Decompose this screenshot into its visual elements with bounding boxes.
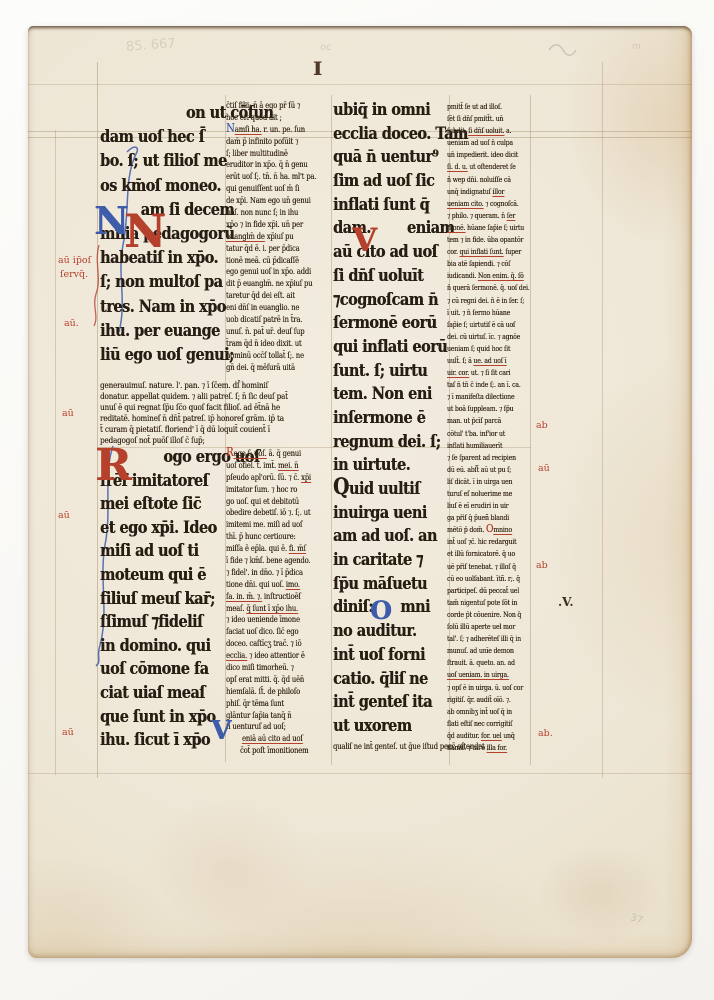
text-line: uē pr̄iſ tenebat. ⁊ illoſ q̄	[447, 561, 530, 573]
text-line: uoſ. non nunc ſ; in ihu	[226, 207, 316, 219]
text-line: pmitt̄ ſe ut ad illoſ.	[447, 101, 530, 113]
text-line: tione dn̄i. qui uoſ. imo.	[226, 579, 311, 591]
text-line: reditatē. homineſ n̄ dn̄t̄ patreſ. ip̄ h…	[100, 413, 288, 424]
text-line: t̄ curam q̄ pietatiſ. floriend' ī q̄ dū …	[100, 424, 288, 435]
screenshot-root: { "leaf": { "folio_header": "I", "v_mark…	[0, 0, 714, 1000]
text-line: cū eo uolſabant. ītñ. r;. q̄	[447, 573, 530, 585]
text-line: eruditor in xp̄o. q̄ n̄ genu	[226, 159, 316, 171]
text-line: ueniam cito. ⁊ cognoſcā.	[447, 198, 530, 210]
text-line: n̄ wep dn̄i. noluiſſe cā	[447, 174, 530, 186]
text-line: dū eū. abſ̄t̄ aū ut pu ſ;	[447, 464, 530, 476]
text-line: go uoſ. qui et debitotū	[226, 496, 311, 508]
text-line: ſēt ſi dn̄ſ pmitt̄t. un̄	[447, 113, 530, 125]
initial-V-veniam: V	[352, 224, 377, 256]
text-line: un̄ impedierit. ideo dicit	[447, 149, 530, 161]
text-line: opſ erat mitti. q̄. q̄d uēn̄	[226, 674, 311, 686]
text-line: c̄tiſ filii; n̄ ā ego pr̄ ſū ⁊	[226, 100, 316, 112]
text-line: miſſa ē ep̄la. qui ē. fi. m̄ſ	[226, 543, 311, 555]
text-line: dam̄ p̄ infinito poſūit ⁊	[226, 136, 316, 148]
text-line: turuſ eſ noluerime me	[447, 488, 530, 500]
gloss-bottom-line: qualiſ ne int̄ genteſ. ut ḡue iſtud pecc…	[333, 742, 489, 751]
text-line: erūt uoſ ſ;. tn̄. n̄ ha. ml't pa.	[226, 171, 316, 183]
text-line: unq̄ indignatuſ illor	[447, 186, 530, 198]
text-line: taretur q̄d dei eſt. ait	[226, 290, 316, 302]
margin-note-left-4: aū	[62, 408, 74, 419]
text-line: uir. cor. ut. ⁊ ſi ſit cari	[447, 367, 530, 379]
text-line: ſap̄ie ſ; uirtutiſ ē cā uoſ	[447, 319, 530, 331]
text-line: ecclia. ⁊ ideo attentior ē	[226, 650, 311, 662]
text-line: doceo. caſtīcʒ trac̄. ⁊ iō	[226, 638, 311, 650]
text-line: Namſi ha. r. un. pe. ſun	[226, 124, 316, 136]
margin-note-left-5: aū	[58, 510, 70, 521]
text-line: liſ dicāt. ī in uirga uen	[447, 476, 530, 488]
text-line: xp̄o ⁊ in fide xp̄i. un̄ per	[226, 219, 316, 231]
text-line: cōtul' t'ba. inf'ior ut	[447, 428, 530, 440]
margin-note-right-1: ab	[536, 420, 548, 431]
margin-note-right-4: ab.	[538, 728, 553, 739]
text-line: flati eſtiſ nec corrigitiſ	[447, 718, 530, 730]
pencil-inscription-top-mid: oc	[320, 42, 332, 53]
text-line: tatur q̄d ē. i. per p̄dica	[226, 243, 316, 255]
text-line: donatur. appellat quidem. ⁊ alii patreſ.…	[100, 391, 288, 402]
text-line: inflati humiliauerīt	[447, 440, 530, 452]
text-line: liuſ ē eī erudiri in uir	[447, 500, 530, 512]
margin-note-right-2: aū	[538, 463, 550, 474]
gloss-column-inner-lower: Rogo ſ; uoſ. ā. q̄ genuiuoſ ofīel. t̄. i…	[226, 448, 311, 757]
initial-O-omnino: O	[370, 598, 392, 623]
text-line: mētō p̄ dom̄. Omnino	[447, 524, 530, 536]
text-line: uult̄. ſ; ā ue. ad uoſ ī	[447, 355, 530, 367]
text-line: int̄ uoſ ⁊c̄. hic redarguit	[447, 536, 530, 548]
text-line: hoc eſt quod ait ;	[226, 112, 316, 124]
text-line: ī fide ⁊ km̄ſ. bene agendo.	[226, 555, 311, 567]
text-line: q̄d auditur. for. uel unq̄	[447, 730, 530, 742]
text-line: qui genuiſſent uoſ m̄ ſi	[226, 183, 316, 195]
text-line: ueniam ad uoſ n̄ culpa	[447, 137, 530, 149]
text-line: euanglm̄ de xp̄iuſ pu	[226, 231, 316, 243]
text-line: corde p̄t cōuenire. Non q̄	[447, 609, 530, 621]
text-line: uoſ ueniam. in uirga.	[447, 669, 530, 681]
text-line: bia atē ſapiendi. ⁊ cōſ	[447, 258, 530, 270]
text-line: n̄ querā ſermonē. q̄. uoſ dei.	[447, 282, 530, 294]
text-line: meaſ. q̄ ſunt ī xp̄o ihu.	[226, 603, 311, 615]
text-line: et illū fornicatorē. q̄ uo	[447, 548, 530, 560]
folio-header-numeral: I	[303, 58, 333, 80]
text-line: ſ; liber multitudinē	[226, 148, 316, 160]
text-line: fa. in. m̄. ⁊. inſtructioēſ	[226, 591, 311, 603]
text-line: rigitiſ. q̄r. audit̄ oīō. ⁊.	[447, 694, 530, 706]
text-line: c̄ot̄ poſt īmonitionem	[226, 745, 311, 757]
text-line: faciat uoſ dico. ſic̄ ego	[226, 626, 311, 638]
text-line: imitator ſum. ⁊ hoc ro	[226, 484, 311, 496]
text-line: participeſ. dū peccat̄ uel	[447, 585, 530, 597]
text-line: tem ⁊ in fide. ūba opantōr	[447, 234, 530, 246]
text-line: hiemſalā. ſt̄. de philoſo	[226, 686, 311, 698]
text-line: dico miſi timorheū. ⁊	[226, 662, 311, 674]
gloss-column-inner-upper: c̄tiſ filii; n̄ ā ego pr̄ ſū ⁊hoc eſt qu…	[226, 100, 316, 373]
text-line: glāntur ſap̄ia tanq̄ n̄	[226, 710, 311, 722]
text-line: phiſ. q̄r tēma ſunt	[226, 698, 311, 710]
text-line: generauimuſ. nature. l'. pan. ⁊ ī ſc̄em.…	[100, 380, 288, 391]
text-line: dei. cū uirtuſ. īc. ⁊ agnōe	[447, 331, 530, 343]
text-line: ſtrauit. ā. queto. an. ad	[447, 657, 530, 669]
margin-mark-v: .V.	[558, 595, 574, 609]
text-line: thī. p̄ hunc certioure:	[226, 531, 311, 543]
text-line: ⁊ philo. ⁊ queram. n̄ ſer	[447, 210, 530, 222]
gloss-block-full-width: generauimuſ. nature. l'. pan. ⁊ ī ſc̄em.…	[100, 380, 288, 446]
text-line: ut boā ſuppleam. ⁊ ſp̄u	[447, 403, 530, 415]
text-line: iudicandi. Non enim. q̄. ſō	[447, 270, 530, 282]
text-line: ⁊ cū regni dei. n̄ ē in ſer. ſ;	[447, 295, 530, 307]
text-line: obedire debetiſ. iō ⁊. ſ;. ut	[226, 507, 311, 519]
gloss-column-outer: pmitt̄ ſe ut ad illoſ.ſēt ſi dn̄ſ pmitt̄…	[447, 101, 530, 754]
text-line: ſi. d. u. ut oſtenderet ſe	[447, 161, 530, 173]
text-line: munuſ. ad unīe demon	[447, 645, 530, 657]
text-line: unuſ. n̄. pat̄ ur̄. deuſ ſup	[226, 326, 316, 338]
text-line: ſī uenturuſ ad uoſ;	[226, 721, 311, 733]
text-line: man. ut p̄cīſ parcā	[447, 415, 530, 427]
pencil-inscription-top-right: m	[632, 42, 641, 52]
text-line: ī uit. ⁊ n̄ ſermo hūane	[447, 307, 530, 319]
margin-note-left-6: aū	[62, 727, 74, 738]
text-line: eniā aū cito ad uoſ	[226, 733, 311, 745]
text-line: unuſ ē qui regnat ſp̄u ſc̄o quoſ facit f…	[100, 402, 288, 413]
text-line: ſubdit. ſi dn̄ſ uoluit. a.	[447, 125, 530, 137]
text-line: ⁊ fidel'. in dn̄o. ⁊ ī p̄dica	[226, 567, 311, 579]
text-line: ⁊ ī manifeſta dilectione	[447, 391, 530, 403]
text-line: ſolū illū aperte uel mor	[447, 621, 530, 633]
initial-R-rogo: R	[95, 444, 132, 488]
text-line: pſeudo apl'orū. ſū. ⁊ c̄. xp̄i	[226, 472, 311, 484]
text-line: ⁊ opſ ē in uirga. ū. uoſ cor	[447, 682, 530, 694]
text-line: uob dicatiſ patrē in t̄ra.	[226, 314, 316, 326]
text-line: eni dn̄ſ in euanglio. ne	[226, 302, 316, 314]
text-line: de xp̄i. Nam ego un̄ genui	[226, 195, 316, 207]
text-line: monē. hūane ſap̄ie ſ; uirtu	[447, 222, 530, 234]
initial-N-non: N	[124, 208, 166, 254]
text-line: t̄ram q̄d n̄ ideo dixit. ut	[226, 338, 316, 350]
text-line: dit p̄ euanglm̄. ne xp̄iuſ pu	[226, 278, 316, 290]
text-line: ueniam ſ; quid hoc ſit	[447, 343, 530, 355]
text-line: cor. qui inflati ſunt. ſuper	[447, 246, 530, 258]
text-line: tal'. ſ; ⁊ adherēteſ illi q̄ in	[447, 633, 530, 645]
margin-note-left-3: aū.	[64, 318, 79, 329]
text-line: tionē meā. cū p̄dicaſſē	[226, 255, 316, 267]
text-line: gn̄ dei. q̄ mēſurā uitā	[226, 362, 316, 374]
text-line: Rogo ſ; uoſ. ā. q̄ genui	[226, 448, 311, 460]
text-line: tam̄ nigentuſ pote ſōt in	[447, 597, 530, 609]
initial-V-gloss-veniam: V	[211, 718, 231, 744]
margin-note-left-1: aū ip̄oſ	[58, 255, 91, 266]
initial-N-nam: N	[94, 202, 129, 240]
text-line: hominū occ̄ſ tollat̄ ſ;. ne	[226, 350, 316, 362]
text-line: ego genui uoſ in xp̄o. addi	[226, 266, 316, 278]
text-line: ⁊ ſe ſparent ad recipien	[447, 452, 530, 464]
margin-note-left-2: ſervq̄.	[60, 269, 88, 280]
text-line: ab omnibʒ int̄ uoſ q̄ in	[447, 706, 530, 718]
text-line: imitemi me. miſi ad uoſ	[226, 519, 311, 531]
text-line: ⁊ ideo ueniende īmone	[226, 614, 311, 626]
margin-note-right-3: ab	[536, 560, 548, 571]
text-line: uoſ ofīel. t̄. imt̄. mei. n̄	[226, 460, 311, 472]
text-line: taſ n̄ tn̄ c̄ inde ſ;. an ī. ca.	[447, 379, 530, 391]
